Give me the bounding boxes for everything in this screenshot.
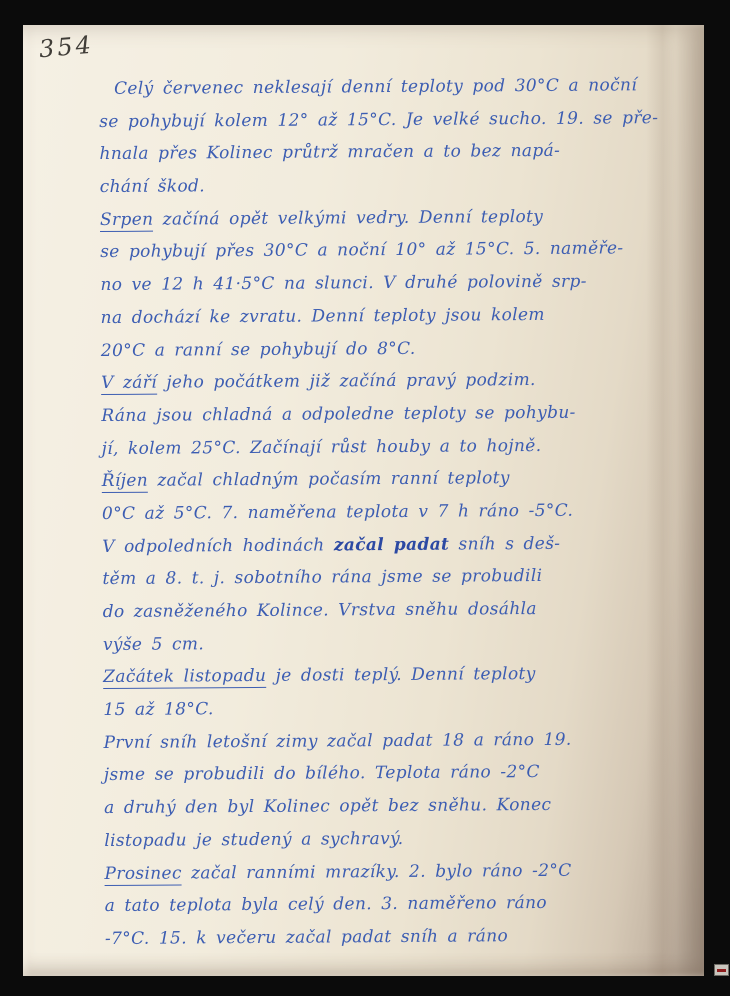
handwritten-segment: začal padat	[334, 534, 450, 555]
handwritten-segment: výše 5 cm.	[103, 634, 204, 655]
handwritten-line: a tato teplota byla celý den. 3. naměřen…	[105, 886, 685, 923]
handwritten-segment: -7°C. 15. k večeru začal padat sníh a rá…	[105, 926, 508, 949]
handwritten-line: no ve 12 h 41·5°C na slunci. V druhé pol…	[100, 265, 680, 302]
handwritten-segment: Celý červenec neklesají denní teploty po…	[114, 75, 637, 99]
handwritten-line: První sníh letošní zimy začal padat 18 a…	[103, 723, 683, 760]
page-number: 354	[38, 31, 95, 64]
handwritten-segment: První sníh letošní zimy začal padat 18 a…	[104, 730, 572, 753]
handwritten-line: výše 5 cm.	[103, 625, 683, 662]
handwritten-line: Prosinec začal ranními mrazíky. 2. bylo …	[104, 853, 684, 890]
handwritten-segment: a druhý den byl Kolinec opět bez sněhu. …	[104, 795, 551, 818]
handwritten-segment: se pohybují kolem 12° až 15°C. Je velké …	[99, 108, 658, 132]
scan-frame: 354 Celý červenec neklesají denní teplot…	[0, 0, 730, 996]
handwritten-line: Srpen začíná opět velkými vedry. Denní t…	[100, 200, 680, 237]
handwritten-segment: na dochází ke zvratu. Denní teploty jsou…	[101, 305, 545, 328]
handwritten-line: 0°C až 5°C. 7. naměřena teplota v 7 h rá…	[102, 494, 682, 531]
handwritten-line: 15 až 18°C.	[103, 690, 683, 727]
handwritten-segment: začal chladným počasím ranní teploty	[148, 468, 510, 491]
handwritten-segment: a tato teplota byla celý den. 3. naměřen…	[105, 893, 547, 916]
handwritten-line: chání škod.	[100, 167, 680, 204]
handwritten-segment: jsme se probudili do bílého. Teplota rán…	[104, 762, 540, 785]
handwritten-segment: jí, kolem 25°C. Začínají růst houby a to…	[101, 436, 541, 459]
handwritten-line: Říjen začal chladným počasím ranní teplo…	[102, 461, 682, 498]
handwritten-segment: do zasněženého Kolince. Vrstva sněhu dos…	[103, 599, 537, 622]
handwritten-line: Rána jsou chladná a odpoledne teploty se…	[101, 396, 681, 433]
handwritten-segment: V odpoledních hodinách	[102, 535, 334, 557]
handwritten-line: na dochází ke zvratu. Denní teploty jsou…	[101, 298, 681, 335]
handwritten-line: 20°C a ranní se pohybují do 8°C.	[101, 330, 681, 367]
scanner-watermark-icon	[714, 964, 729, 976]
handwritten-line: Celý červenec neklesají denní teploty po…	[99, 69, 679, 106]
handwritten-line: těm a 8. t. j. sobotního rána jsme se pr…	[102, 559, 682, 596]
handwritten-segment: sníh s deš-	[449, 533, 560, 554]
handwritten-line: hnala přes Kolinec průtrž mračen a to be…	[99, 134, 679, 171]
handwritten-line: V odpoledních hodinách začal padat sníh …	[102, 527, 682, 564]
handwritten-segment: listopadu je studený a sychravý.	[104, 829, 403, 851]
handwritten-line: jí, kolem 25°C. Začínají růst houby a to…	[101, 429, 681, 466]
handwritten-segment: 20°C a ranní se pohybují do 8°C.	[101, 338, 416, 360]
underlined-heading: Říjen	[102, 471, 148, 493]
chronicle-page: 354 Celý červenec neklesají denní teplot…	[23, 25, 704, 976]
red-bar-icon	[717, 969, 726, 972]
handwritten-segment: jeho počátkem již začíná pravý podzim.	[157, 370, 536, 393]
handwritten-segment: Rána jsou chladná a odpoledne teploty se…	[101, 403, 576, 426]
handwritten-segment: 15 až 18°C.	[103, 699, 213, 720]
handwritten-segment: těm a 8. t. j. sobotního rána jsme se pr…	[102, 566, 542, 589]
underlined-heading: Srpen	[100, 209, 154, 231]
handwritten-line: se pohybují kolem 12° až 15°C. Je velké …	[99, 102, 679, 139]
handwritten-line: a druhý den byl Kolinec opět bez sněhu. …	[104, 788, 684, 825]
handwritten-line: Začátek listopadu je dosti teplý. Denní …	[103, 657, 683, 694]
handwritten-line: -7°C. 15. k večeru začal padat sníh a rá…	[105, 919, 685, 956]
handwritten-line: jsme se probudili do bílého. Teplota rán…	[104, 755, 684, 792]
handwritten-segment: hnala přes Kolinec průtrž mračen a to be…	[99, 141, 560, 164]
handwritten-line: V září jeho počátkem již začíná pravý po…	[101, 363, 681, 400]
handwritten-segment: začal ranními mrazíky. 2. bylo ráno -2°C	[182, 860, 572, 883]
underlined-heading: Prosinec	[104, 863, 181, 886]
manuscript-text: Celý červenec neklesají denní teploty po…	[99, 69, 685, 956]
handwritten-segment: začíná opět velkými vedry. Denní teploty	[153, 207, 543, 230]
handwritten-segment: je dosti teplý. Denní teploty	[266, 664, 535, 686]
underlined-heading: V září	[101, 373, 157, 395]
handwritten-segment: no ve 12 h 41·5°C na slunci. V druhé pol…	[100, 272, 587, 295]
handwritten-segment: se pohybují přes 30°C a noční 10° až 15°…	[100, 239, 623, 263]
handwritten-line: se pohybují přes 30°C a noční 10° až 15°…	[100, 232, 680, 269]
handwritten-segment: chání škod.	[100, 176, 205, 197]
handwritten-segment: 0°C až 5°C. 7. naměřena teplota v 7 h rá…	[102, 501, 573, 524]
handwritten-line: do zasněženého Kolince. Vrstva sněhu dos…	[103, 592, 683, 629]
underlined-heading: Začátek listopadu	[103, 666, 266, 689]
handwritten-line: listopadu je studený a sychravý.	[104, 821, 684, 858]
